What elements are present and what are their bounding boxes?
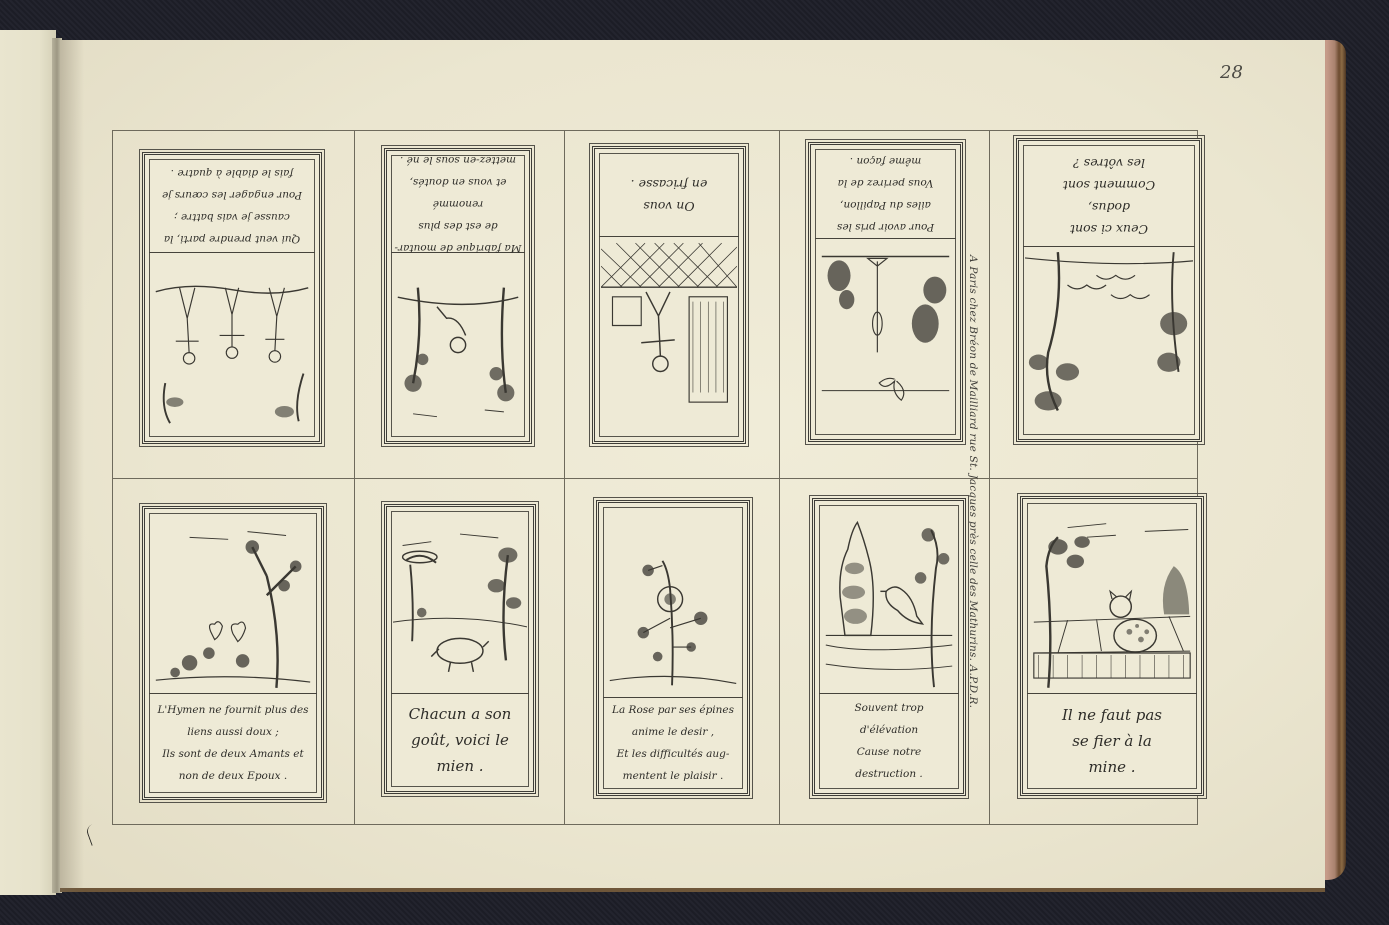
caption-line: Et les difficultés aug-	[617, 743, 730, 765]
card-caption: Ceux ci sont dodus, Comment sont les vôt…	[1025, 147, 1193, 245]
card-bottom-5: Il ne faut pas se fier à la mine .	[1020, 496, 1204, 796]
card-divider	[149, 693, 317, 694]
card-caption: Qui veut prendre parti, la causse je vai…	[151, 161, 313, 251]
card-divider	[149, 252, 315, 253]
pig-trees-icon	[393, 513, 527, 691]
caption-line: Pour engager les cœurs je	[162, 184, 302, 206]
caption-line: même façon .	[850, 150, 921, 172]
card-top-3: On vous en fricasse .	[592, 146, 746, 444]
imprint-text: A Paris chez Bréon de Mailliard rue St. …	[967, 255, 979, 708]
caption-line: non de deux Epoux .	[179, 765, 287, 787]
caption-line: d'élévation	[860, 719, 918, 741]
card-divider	[599, 236, 739, 237]
caption-line: destruction .	[855, 763, 923, 785]
caption-line: dodus,	[1088, 196, 1130, 218]
birds-tree-icon	[1025, 249, 1193, 433]
page-number: 28	[1220, 62, 1243, 83]
plate-row-rule	[113, 478, 1197, 479]
flowers-tree-icon	[151, 515, 315, 691]
rose-bush-icon	[605, 509, 741, 695]
caption-line: liens aussi doux ;	[187, 721, 279, 743]
card-top-4: Pour avoir pris les ailes du Papillon, V…	[808, 142, 963, 442]
tree-landscape-icon	[393, 255, 523, 435]
caption-line: Pour avoir pris les	[837, 216, 934, 238]
card-illustration-dancers	[151, 255, 313, 435]
card-caption: Pour avoir pris les ailes du Papillon, V…	[817, 151, 954, 237]
card-divider	[1027, 693, 1197, 694]
caption-line: fais le diable à quatre .	[171, 162, 294, 184]
caption-line: anime le desir ,	[632, 721, 714, 743]
card-bottom-3: La Rose par ses épines anime le desir , …	[596, 500, 750, 796]
card-caption: La Rose par ses épines anime le desir , …	[605, 699, 741, 787]
card-illustration-hymen	[151, 515, 315, 691]
caption-line: et vous en doutés,	[410, 171, 507, 193]
card-divider	[815, 238, 956, 239]
caption-line: Cause notre	[857, 741, 922, 763]
caption-line: La Rose par ses épines	[612, 699, 734, 721]
card-top-2: Ma fabrique de moutar- de est des plus r…	[384, 148, 532, 444]
caption-line: mettez-en sous le né .	[400, 149, 516, 171]
card-divider	[1023, 246, 1195, 247]
caption-line: de est des plus renommé	[393, 193, 523, 237]
card-bottom-4: Souvent trop d'élévation Cause notre des…	[812, 498, 966, 796]
card-caption: Souvent trop d'élévation Cause notre des…	[821, 695, 957, 787]
card-bottom-1: L'Hymen ne fournit plus des liens aussi …	[142, 506, 324, 800]
card-illustration-tree-figure	[393, 255, 523, 435]
caption-line: mentent le plaisir .	[623, 765, 724, 787]
card-top-1: Qui veut prendre parti, la causse je vai…	[142, 152, 322, 444]
card-caption: L'Hymen ne fournit plus des liens aussi …	[151, 695, 315, 791]
caption-line: Comment sont	[1063, 174, 1155, 196]
caption-line: ailes du Papillon,	[840, 194, 931, 216]
card-illustration-bird	[821, 507, 957, 691]
card-illustration-rose	[605, 509, 741, 695]
caption-line: Il ne faut pas	[1062, 702, 1162, 728]
cat-wall-icon	[1029, 505, 1195, 691]
bird-branch-icon	[821, 507, 957, 691]
caption-line: mine .	[1088, 754, 1135, 780]
card-illustration-pig	[393, 513, 527, 691]
caption-line: On vous	[643, 195, 694, 217]
caption-line: les vôtres ?	[1073, 152, 1145, 174]
kitchen-cook-icon	[601, 239, 737, 435]
caption-line: mien .	[436, 753, 483, 779]
card-caption: Ma fabrique de moutar- de est des plus r…	[393, 157, 523, 251]
card-bottom-2: Chacun a son goût, voici le mien .	[384, 504, 536, 794]
butterfly-icon	[817, 241, 954, 433]
card-divider	[391, 693, 529, 694]
caption-line: en fricasse .	[631, 173, 708, 195]
left-page-edge	[0, 30, 56, 895]
card-caption: Chacun a son goût, voici le mien .	[393, 695, 527, 785]
card-top-5: Ceux ci sont dodus, Comment sont les vôt…	[1016, 138, 1202, 442]
caption-line: se fier à la	[1072, 728, 1152, 754]
card-illustration-butterfly	[817, 241, 954, 433]
dancing-figures-icon	[151, 255, 313, 435]
caption-line: Qui veut prendre parti, la	[164, 228, 300, 250]
caption-line: Ma fabrique de moutar-	[395, 237, 522, 259]
gutter-shadow	[60, 40, 84, 892]
card-illustration-birds	[1025, 249, 1193, 433]
caption-line: L'Hymen ne fournit plus des	[157, 699, 308, 721]
caption-line: Ils sont de deux Amants et	[162, 743, 303, 765]
caption-line: causse je vais battre ;	[174, 206, 290, 228]
card-illustration-cat	[1029, 505, 1195, 691]
card-illustration-kitchen	[601, 239, 737, 435]
caption-line: Chacun a son	[409, 701, 512, 727]
caption-line: Vous perirez de la	[838, 172, 934, 194]
card-caption: On vous en fricasse .	[601, 155, 737, 235]
card-divider	[819, 693, 959, 694]
caption-line: Souvent trop	[854, 697, 923, 719]
caption-line: Ceux ci sont	[1070, 218, 1148, 240]
card-caption: Il ne faut pas se fier à la mine .	[1029, 695, 1195, 787]
card-divider	[603, 697, 743, 698]
caption-line: goût, voici le	[411, 727, 509, 753]
